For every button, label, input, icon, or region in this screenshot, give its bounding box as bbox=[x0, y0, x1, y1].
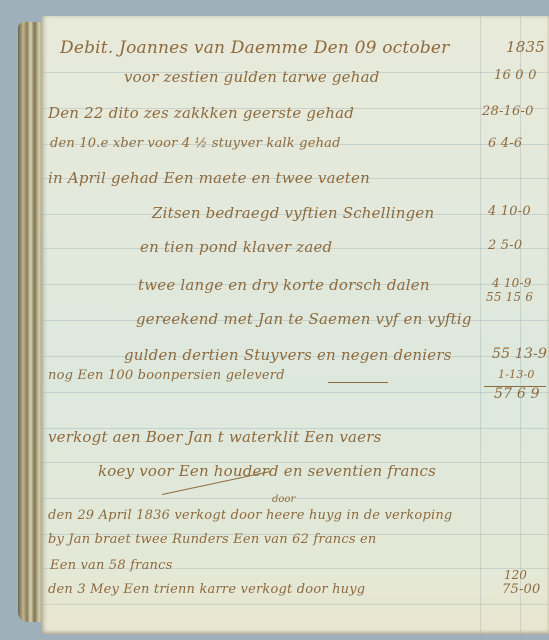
line-text: den 10.e xber voor 4 ½ stuyver kalk geha… bbox=[50, 136, 341, 151]
line-amount: 16 0 0 bbox=[494, 68, 537, 83]
line-amount: 55 15 6 bbox=[486, 290, 533, 304]
ruled-line bbox=[42, 604, 549, 605]
ledger-page: Debit. Joannes van Daemme Den 09 october… bbox=[42, 16, 549, 634]
ruled-line bbox=[42, 392, 549, 393]
ledger-book: Debit. Joannes van Daemme Den 09 october… bbox=[8, 14, 549, 634]
line-amount: 6 4-6 bbox=[488, 136, 522, 151]
line-amount: 75-00 bbox=[502, 582, 540, 597]
line-text: gereekend met Jan te Saemen vyf en vyfti… bbox=[136, 310, 472, 328]
line-text: by Jan braet twee Runders Een van 62 fra… bbox=[48, 532, 377, 547]
line-text: Een van 58 francs bbox=[50, 558, 172, 573]
line-text: den 3 Mey Een trienn karre verkogt door … bbox=[48, 582, 365, 597]
inserted-word: door bbox=[272, 494, 295, 505]
line-amount: 28-16-0 bbox=[482, 104, 534, 119]
margin-total: 120 bbox=[504, 568, 527, 582]
line-text: twee lange en dry korte dorsch dalen bbox=[138, 276, 430, 294]
amount-column-rule bbox=[480, 16, 481, 634]
line-text: nog Een 100 boonpersien geleverd bbox=[48, 368, 285, 383]
line-text: den 29 April 1836 verkogt door heere huy… bbox=[48, 508, 452, 523]
total-amount: 57 6 9 bbox=[494, 386, 540, 402]
line-text: gulden dertien Stuyvers en negen deniers bbox=[124, 346, 452, 364]
line-amount: 1-13-0 bbox=[498, 368, 535, 381]
line-amount: 55 13-9 bbox=[492, 346, 547, 362]
line-amount: 2 5-0 bbox=[488, 238, 522, 253]
line-year: 1835 bbox=[506, 38, 545, 56]
line-amount: 4 10-0 bbox=[488, 204, 531, 219]
line-text: in April gehad Een maete en twee vaeten bbox=[48, 169, 370, 187]
line-text: Den 22 dito zes zakkken geerste gehad bbox=[48, 104, 354, 122]
line-text: Zitsen bedraegd vyftien Schellingen bbox=[152, 204, 434, 222]
line-text: en tien pond klaver zaed bbox=[140, 238, 332, 256]
underline-stroke bbox=[328, 382, 388, 383]
line-text: verkogt aen Boer Jan t waterklit Een vae… bbox=[48, 428, 382, 446]
line-amount: 4 10-9 bbox=[492, 276, 532, 290]
ruled-line bbox=[42, 498, 549, 499]
line-text: Debit. Joannes van Daemme Den 09 october bbox=[60, 38, 450, 58]
line-text: voor zestien gulden tarwe gehad bbox=[124, 68, 380, 86]
